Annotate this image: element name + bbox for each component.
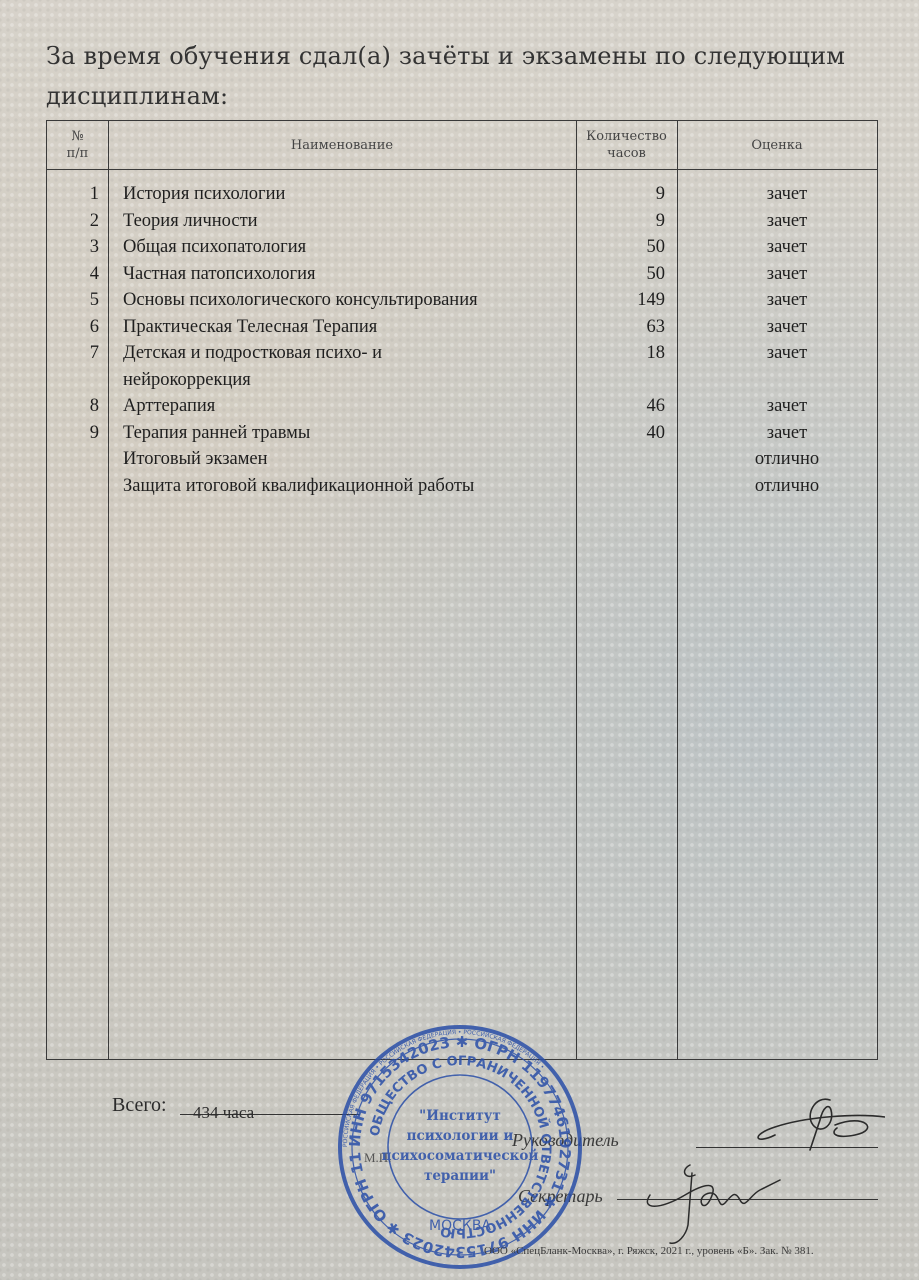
row-number: 6: [47, 314, 99, 341]
row-discipline-name: Теория личности: [123, 208, 583, 235]
total-label: Всего:: [112, 1094, 167, 1117]
svg-text:ОБЩЕСТВО С ОГРАНИЧЕННОЙ ОТВЕТС: ОБЩЕСТВО С ОГРАНИЧЕННОЙ ОТВЕТСТВЕННОСТЬЮ: [368, 1054, 553, 1240]
row-number: 2: [47, 208, 99, 235]
row-discipline-name: История психологии: [123, 181, 583, 208]
column-divider: [677, 121, 678, 1059]
title-line-1: За время обучения сдал(а) зачёты и экзам…: [46, 36, 886, 76]
row-hours: 40: [577, 420, 665, 447]
page-title: За время обучения сдал(а) зачёты и экзам…: [46, 36, 886, 116]
row-grade: зачет: [707, 208, 867, 235]
row-hours: 18: [577, 340, 665, 367]
row-grade: отлично: [707, 446, 867, 473]
row-hours: 9: [577, 181, 665, 208]
header-hours-line2: часов: [607, 145, 646, 162]
header-grade: Оценка: [677, 121, 877, 169]
disciplines-table: № п/п Наименование Количество часов Оцен…: [46, 120, 878, 1060]
row-discipline-name: Общая психопатология: [123, 234, 583, 261]
header-number: № п/п: [47, 121, 108, 169]
header-divider: [47, 169, 877, 170]
column-divider: [108, 121, 109, 1059]
row-hours: 46: [577, 393, 665, 420]
row-number: 8: [47, 393, 99, 420]
row-discipline-name: Арттерапия: [123, 393, 583, 420]
row-discipline-name: Частная патопсихология: [123, 261, 583, 288]
row-grade: отлично: [707, 473, 867, 500]
stamp-center-line-3: психосоматической: [382, 1148, 539, 1164]
row-discipline-name: Защита итоговой квалификационной работы: [123, 473, 583, 500]
row-hours: 9: [577, 208, 665, 235]
row-number: 1: [47, 181, 99, 208]
row-grade: зачет: [707, 420, 867, 447]
row-hours: 149: [577, 287, 665, 314]
row-discipline-name: Итоговый экзамен: [123, 446, 583, 473]
row-grade: зачет: [707, 234, 867, 261]
row-number: 7: [47, 340, 99, 367]
row-number: 4: [47, 261, 99, 288]
header-number-abbr: п/п: [67, 145, 89, 162]
stamp-center-line-1: "Институт: [419, 1108, 501, 1124]
total-hours-value: 434 часа: [193, 1103, 254, 1123]
stamp-legal-form-ring-text: ОБЩЕСТВО С ОГРАНИЧЕННОЙ ОТВЕТСТВЕННОСТЬЮ: [368, 1054, 553, 1240]
diploma-supplement-page: За время обучения сдал(а) зачёты и экзам…: [0, 0, 919, 1280]
stamp-center-line-4: терапии": [424, 1168, 496, 1184]
row-grade: зачет: [707, 287, 867, 314]
row-discipline-name-continued: нейрокоррекция: [123, 367, 583, 394]
header-hours: Количество часов: [576, 121, 677, 169]
row-number: 9: [47, 420, 99, 447]
row-grade: зачет: [707, 261, 867, 288]
header-name: Наименование: [108, 121, 576, 169]
row-hours: 50: [577, 261, 665, 288]
row-grade: зачет: [707, 393, 867, 420]
row-number: 3: [47, 234, 99, 261]
row-hours: 50: [577, 234, 665, 261]
title-line-2: дисциплинам:: [46, 76, 886, 116]
stamp-center-line-2: психологии и: [407, 1128, 514, 1144]
secretary-signature: [640, 1155, 790, 1250]
row-grade: зачет: [707, 181, 867, 208]
printer-imprint: ООО «СпецБланк-Москва», г. Ряжск, 2021 г…: [484, 1245, 814, 1257]
row-discipline-name: Детская и подростковая психо- и: [123, 340, 583, 367]
row-discipline-name: Терапия ранней травмы: [123, 420, 583, 447]
header-number-symbol: №: [71, 128, 83, 145]
row-grade: зачет: [707, 314, 867, 341]
row-discipline-name: Основы психологического консультирования: [123, 287, 583, 314]
row-grade: зачет: [707, 340, 867, 367]
row-hours: 63: [577, 314, 665, 341]
stamp-city: МОСКВА: [429, 1218, 491, 1234]
row-discipline-name: Практическая Телесная Терапия: [123, 314, 583, 341]
header-hours-line1: Количество: [586, 128, 667, 145]
organization-seal: РОССИЙСКАЯ ФЕДЕРАЦИЯ • РОССИЙСКАЯ ФЕДЕРА…: [335, 1022, 585, 1272]
row-number: 5: [47, 287, 99, 314]
